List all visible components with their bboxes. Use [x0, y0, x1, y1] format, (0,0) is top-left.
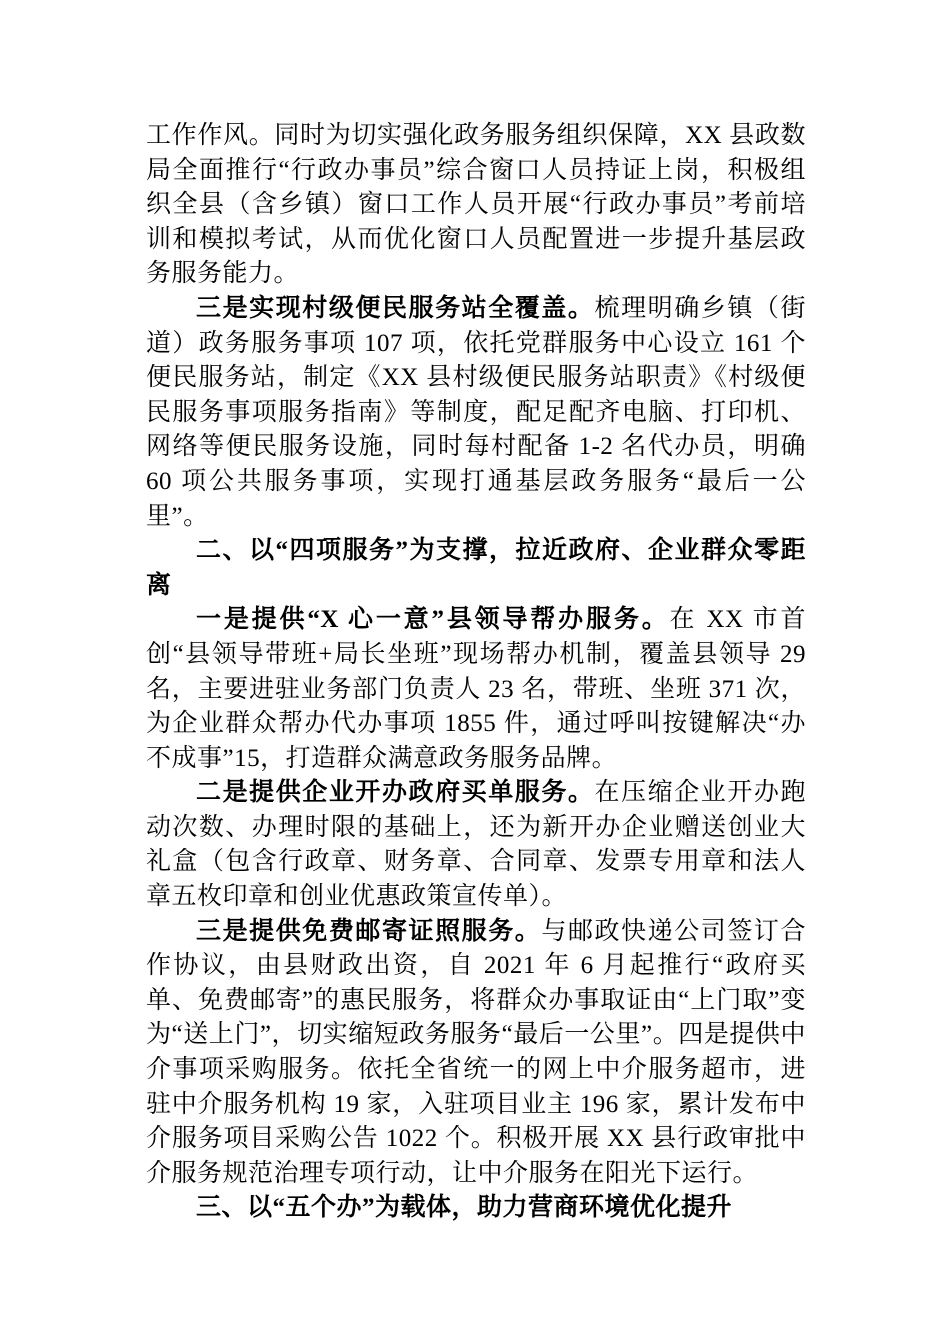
paragraph-lead: 二是提供企业开办政府买单服务。 [196, 779, 595, 806]
paragraph-village-stations: 三是实现村级便民服务站全覆盖。梳理明确乡镇（街道）政务服务事项 107 项，依托… [146, 292, 806, 534]
section-heading-text: 三、以“五个办”为载体，助力营商环境优化提升 [196, 1194, 732, 1221]
paragraph-free-mailing-service: 三是提供免费邮寄证照服务。与邮政快递公司签订合作协议，由县财政出资，自 2021… [146, 915, 806, 1192]
text-block: 工作作风。同时为切实强化政务服务组织保障，XX 县政数局全面推行“行政办事员”综… [146, 119, 806, 1226]
paragraph-business-startup-service: 二是提供企业开办政府买单服务。在压缩企业开办跑动次数、办理时限的基础上，还为新开… [146, 776, 806, 914]
paragraph-lead: 一是提供“X 心一意”县领导帮办服务。 [196, 606, 670, 633]
paragraph-lead: 三是实现村级便民服务站全覆盖。 [196, 295, 595, 322]
paragraph-text: 工作作风。同时为切实强化政务服务组织保障，XX 县政数局全面推行“行政办事员”综… [146, 122, 806, 287]
section-heading-text: 二、以“四项服务”为支撑，拉近政府、企业群众零距离 [146, 537, 806, 599]
section-heading-three: 三、以“五个办”为载体，助力营商环境优化提升 [146, 1191, 806, 1226]
paragraph-text: 与邮政快递公司签订合作协议，由县财政出资，自 2021 年 6 月起推行“政府买… [146, 918, 806, 1187]
paragraph-leader-assist-service: 一是提供“X 心一意”县领导帮办服务。在 XX 市首创“县领导带班+局长坐班”现… [146, 603, 806, 776]
document-page: 工作作风。同时为切实强化政务服务组织保障，XX 县政数局全面推行“行政办事员”综… [0, 0, 950, 1344]
paragraph-continuation: 工作作风。同时为切实强化政务服务组织保障，XX 县政数局全面推行“行政办事员”综… [146, 119, 806, 292]
section-heading-two: 二、以“四项服务”为支撑，拉近政府、企业群众零距离 [146, 534, 806, 603]
paragraph-text: 梳理明确乡镇（街道）政务服务事项 107 项，依托党群服务中心设立 161 个便… [146, 295, 806, 530]
paragraph-lead: 三是提供免费邮寄证照服务。 [196, 918, 541, 945]
